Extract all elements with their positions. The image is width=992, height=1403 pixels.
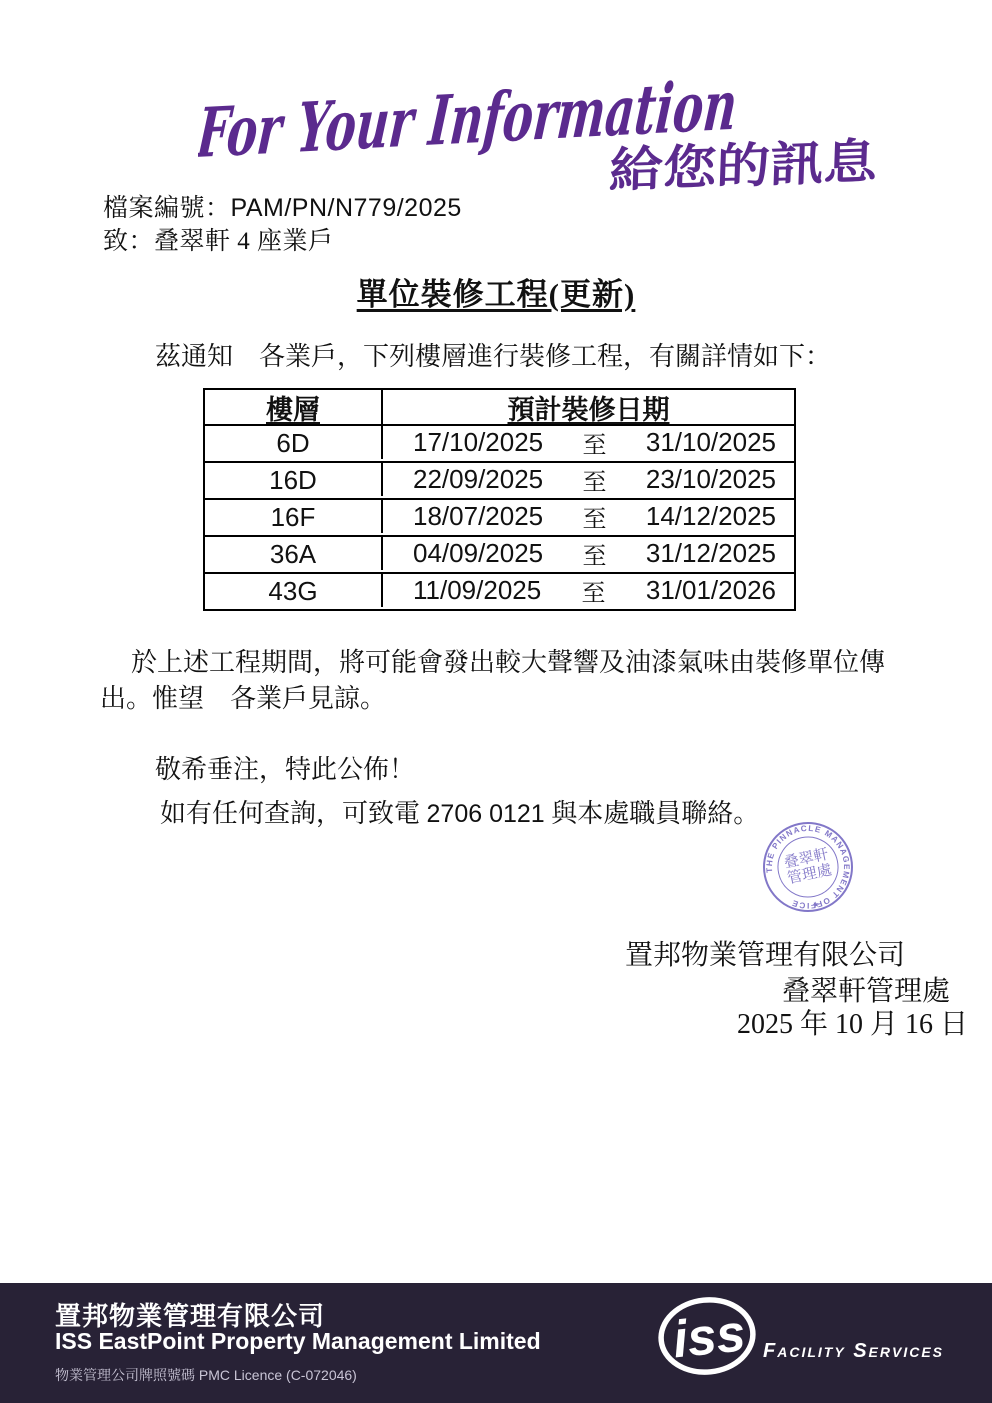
file-number: PAM/PN/N779/2025 — [231, 194, 462, 222]
table-row-dates: 22/09/2025 至 23/10/2025 — [381, 461, 794, 496]
date-separator: 至 — [583, 425, 607, 460]
footer-company-en: ISS EastPoint Property Management Limite… — [55, 1328, 541, 1355]
table-row-dates: 11/09/2025 至 31/01/2026 — [381, 572, 794, 607]
table-row-dates: 18/07/2025 至 14/12/2025 — [381, 498, 794, 533]
signoff-date: 2025 年 10 月 16 日 — [737, 1002, 968, 1042]
table-row-floor: 16F — [205, 498, 381, 535]
date-separator: 至 — [582, 573, 606, 608]
phone-number: 2706 0121 — [427, 800, 545, 828]
date-separator: 至 — [583, 462, 607, 497]
facility-services-label: Facility Services — [763, 1340, 944, 1363]
start-date: 22/09/2025 — [413, 464, 543, 495]
start-date: 11/09/2025 — [413, 575, 541, 606]
table-row-floor: 36A — [205, 535, 381, 572]
iss-logo-text: iss — [670, 1304, 748, 1369]
notice-document: For Your Information 給您的訊息 檔案編號：PAM/PN/N… — [0, 0, 992, 1403]
contact-paragraph: 如有任何查詢，可致電 2706 0121 與本處職員聯絡。 — [103, 793, 863, 830]
date-separator: 至 — [583, 536, 607, 571]
start-date: 04/09/2025 — [413, 538, 543, 569]
chinese-script: 給您的訊息 — [604, 126, 900, 204]
noise-notice-paragraph: 於上述工程期間，將可能會發出較大聲響及油漆氣味由裝修單位傳出。惟望 各業戶見諒。 — [100, 645, 892, 717]
page-title: 單位裝修工程(更新) — [0, 269, 992, 314]
footer: 置邦物業管理有限公司 ISS EastPoint Property Manage… — [0, 1283, 992, 1403]
table-row-dates: 17/10/2025 至 31/10/2025 — [381, 424, 794, 459]
footer-licence: 物業管理公司牌照號碼 PMC Licence (C-072046) — [55, 1365, 357, 1385]
file-reference-line: 檔案編號：PAM/PN/N779/2025 — [103, 188, 462, 224]
addressee-line: 致：叠翠軒 4 座業戶 — [103, 221, 334, 257]
end-date: 31/10/2025 — [646, 427, 776, 458]
signoff-company: 置邦物業管理有限公司 — [625, 933, 905, 973]
column-header-floor: 樓層 — [205, 390, 381, 424]
end-date: 31/12/2025 — [646, 538, 776, 569]
table-row-floor: 43G — [205, 572, 381, 609]
column-header-dates: 預計裝修日期 — [381, 390, 794, 424]
iss-logo-icon: iss — [655, 1288, 765, 1383]
contact-text-post: 與本處職員聯絡。 — [545, 799, 760, 828]
closing-paragraph: 敬希垂注，特此公佈！ — [103, 749, 803, 786]
table-row-dates: 04/09/2025 至 31/12/2025 — [381, 535, 794, 570]
start-date: 17/10/2025 — [413, 427, 543, 458]
file-label: 檔案編號： — [103, 195, 231, 222]
end-date: 23/10/2025 — [646, 464, 776, 495]
intro-paragraph: 茲通知 各業戶，下列樓層進行裝修工程，有關詳情如下： — [103, 336, 933, 373]
table-row-floor: 6D — [205, 424, 381, 461]
end-date: 31/01/2026 — [646, 575, 776, 606]
company-stamp-icon: THE PINNACLE MANAGEMENT OFFICE 叠翠軒 管理處 ★ — [760, 819, 856, 915]
contact-text-pre: 如有任何查詢，可致電 — [160, 799, 427, 828]
start-date: 18/07/2025 — [413, 501, 543, 532]
date-separator: 至 — [583, 499, 607, 534]
table-row-floor: 16D — [205, 461, 381, 498]
renovation-schedule-table: 樓層 預計裝修日期 6D 17/10/2025 至 31/10/2025 16D… — [203, 388, 796, 611]
script-zh-text: 給您的訊息 — [608, 134, 879, 199]
end-date: 14/12/2025 — [646, 501, 776, 532]
